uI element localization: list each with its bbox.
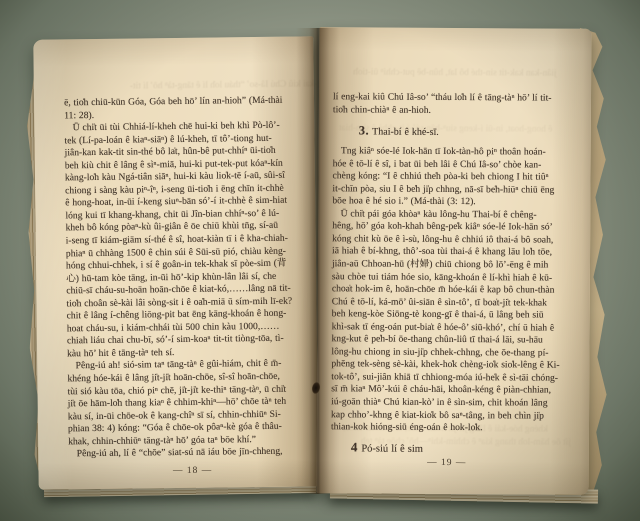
text-line: iú-goān thiàⁿ Chú kian-kò’ in ê sìn-sim,… xyxy=(331,396,579,410)
text-line: 心) hū-tam kòe tāng, in-ūi hō’-kip khùn-l… xyxy=(66,270,314,286)
text-line: jiân-aū Chhoan-hū (村婦) chiū chiong bô lō… xyxy=(332,258,580,272)
section-heading: 3.Thai-bí ê khé-sī. xyxy=(359,125,581,139)
text-line: beh keng-kòe Siōng-tè kong-gī ê thai-á, … xyxy=(332,308,580,322)
text-line: phiaⁿ ū chhàng 1500 ê chin súi ê Sūi-sū … xyxy=(66,245,314,261)
page-number-right: — 19 — xyxy=(331,457,563,468)
subsection-number: 4 xyxy=(351,439,358,454)
text-line: chit ê lâng í-chêng liōng-pit bat ēng kā… xyxy=(67,308,315,324)
text-line: i-seng tī kiám-giām sí-thé ê sî, hoat-ki… xyxy=(66,232,314,248)
paragraph: Ū chi̍t pái góa khòaⁿ kàu lông-hu Thai-b… xyxy=(331,208,580,435)
right-page: jiân-kan kak-tit sin-thé bô la̍t, hûn-bê… xyxy=(317,27,592,495)
paragraph: Pêng-iú ah, lí ê “chōe” siat-sú nā iáu b… xyxy=(68,446,316,462)
text-line: chiū-sī cháu-su-hoān hoān-chōe ê kiat-kó… xyxy=(66,283,314,299)
text-line: tùi sió kàu tōa, chió piⁿ chē, ji̍t-ji̍t… xyxy=(67,383,315,399)
section-title: Thai-bí ê khé-sī. xyxy=(372,127,439,138)
text-line: hóng chhui-chhek, i sí ê goân-in tek-kha… xyxy=(66,257,314,273)
text-line: tek (Lí-pa-loán ê kiaⁿ-siāⁿ) ê lú-kheh, … xyxy=(64,132,312,148)
paragraph: Pêng-iú ah! sió-sim taⁿ tāng-tàⁿ ê gûi-h… xyxy=(67,358,316,449)
text-line: kàng-lo̍h kàu Ngá-tiân siāⁿ, hui-ki kàu … xyxy=(65,170,313,186)
text-line: chiah liáu chai chu-bī, só’-í sim-koaⁿ t… xyxy=(67,333,315,349)
text-line: phian 38: 4) kóng: “Góa ê chōe-ok pôaⁿ-k… xyxy=(68,421,316,437)
text-line: thian-kok hióng-siū éng-oán ê hok-lo̍k. xyxy=(331,421,579,435)
show-through-text: jiân-kan kak-tit sin-thé bô la̍t, hûn-bê… xyxy=(353,67,556,78)
text-line: kheh bô kóng pòaⁿ-kù ûi-giân ê ōe chiū k… xyxy=(66,220,314,236)
show-through-text: lí eng-kai kiû Chú Iâ-so’ “tháu lo̍h lí … xyxy=(130,79,339,92)
text-line: ē, tio̍h chiū-kūn Góa, Góa beh hō’ lín a… xyxy=(64,94,312,110)
text-line: lí eng-kai kiû Chú Iâ-so’ “tháu lo̍h lí … xyxy=(333,91,581,105)
right-page-body: Tng kiâⁿ sóe-lé Iok-hān tī Iok-tàn-hô pi… xyxy=(331,145,581,435)
paragraph: lí eng-kai kiû Chú Iâ-so’ “tháu lo̍h lí … xyxy=(333,91,581,118)
text-line: choa̍t hok-im ê, hoān-chōe m̄ hóe-kái ê … xyxy=(332,283,580,297)
left-page: lí eng-kai kiû Chú Iâ-so’ “tháu lo̍h lí … xyxy=(33,36,318,489)
text-line: Pêng-iú ah, lí ê “chōe” siat-sú nā iáu b… xyxy=(68,446,316,462)
section-number: 3. xyxy=(359,124,369,138)
text-line: beh kiù chit ê lâng ê sìⁿ-miā, hui-ki pu… xyxy=(65,157,313,173)
text-line: lóng kui tī khang-khang, chit ūi Jîn-bia… xyxy=(65,207,313,223)
text-line: kàu hō’ hit ê tāng-tàⁿ teh sí. xyxy=(67,345,315,361)
text-line: jiân-kan kak-tit sin-thé bô la̍t, hûn-bê… xyxy=(65,145,313,161)
text-line: chèng kóng: “I ê chhiú the̍h pòa-ki beh … xyxy=(332,170,580,184)
text-line: khéng hóe-kái ê lâng ji̍t-ji̍t hoān-chōe… xyxy=(67,370,315,386)
left-page-text: ē, tio̍h chiū-kūn Góa, Góa beh hō’ lín a… xyxy=(64,94,316,461)
paragraph: Ū chi̍t ūi tùi Chhiá-lí-kheh chē hui-ki … xyxy=(64,119,315,360)
subsection-heading: 4Pó-siú lí ê sim xyxy=(351,440,579,455)
text-line: hoat cháu-su, i kiám-chhái tùi 500 chin … xyxy=(67,320,315,336)
text-line: Ū chi̍t ūi tùi Chhiá-lí-kheh chē hui-ki … xyxy=(64,119,312,135)
right-page-text: lí eng-kai kiû Chú Iâ-so’ “tháu lo̍h lí … xyxy=(331,91,581,455)
paragraph: Tng kiâⁿ sóe-lé Iok-hān tī Iok-tàn-hô pi… xyxy=(332,145,580,209)
page-number-left: — 18 — xyxy=(68,464,316,477)
text-line: 11: 28). xyxy=(64,107,312,123)
paragraph: ē, tio̍h chiū-kūn Góa, Góa beh hō’ lín a… xyxy=(64,94,312,122)
text-line: chiong i sàng kàu piⁿ-îⁿ, i-seng ūi-tio̍… xyxy=(65,182,313,198)
text-line: ji̍t ōe hām-lo̍h thang kiaⁿ ê chhim-khiⁿ… xyxy=(68,395,316,411)
subsection-title: Pó-siú lí ê sim xyxy=(361,443,423,454)
text-line: tio̍h choân sè-kài lâi sòng-sit i ê oa̍h… xyxy=(66,295,314,311)
text-line: khak, chhin-chhiūⁿ tāng-tàⁿ hō’ góa taⁿ … xyxy=(68,433,316,449)
text-line: Tng kiâⁿ sóe-lé Iok-hān tī Iok-tàn-hô pi… xyxy=(333,145,581,159)
text-line: tio̍h chin-chiàⁿ ê an-hioh. xyxy=(333,104,581,118)
text-line: Pêng-iú ah! sió-sim taⁿ tāng-tàⁿ ê gûi-h… xyxy=(67,358,315,374)
text-line: kàu sí, in-ūi chōe-ok ê kang-chîⁿ sī sí,… xyxy=(68,408,316,424)
book-photo: lí eng-kai kiû Chú Iâ-so’ “tháu lo̍h lí … xyxy=(0,0,640,521)
right-page-intro: lí eng-kai kiû Chú Iâ-so’ “tháu lo̍h lí … xyxy=(333,91,581,118)
text-line: ê hong-hoat, in-ūi í-keng siuⁿ-bān só’-í… xyxy=(65,195,313,211)
